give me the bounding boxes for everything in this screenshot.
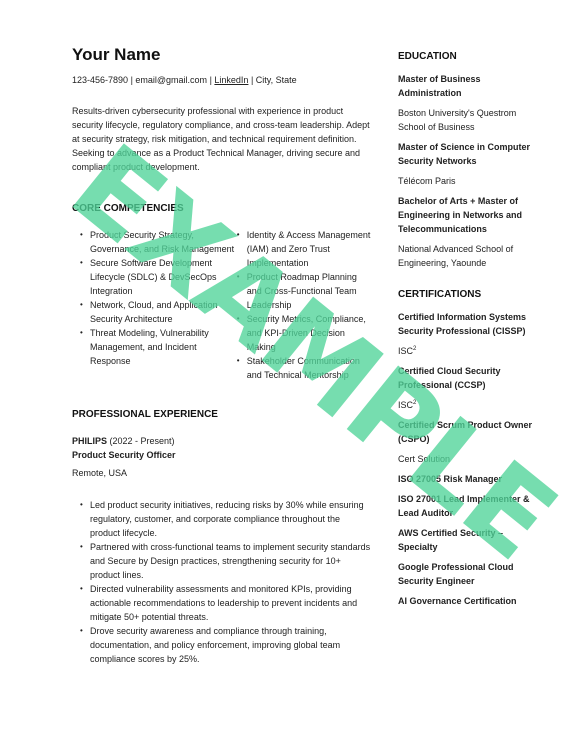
- certification-name: Certified Information Systems Security P…: [398, 310, 538, 338]
- competency-item: Secure Software Development Lifecycle (S…: [80, 256, 237, 298]
- education-school: National Advanced School of Engineering,…: [398, 242, 538, 270]
- issuer-name: ISC: [398, 400, 413, 410]
- job-company: PHILIPS: [72, 436, 107, 446]
- job-entry: PHILIPS (2022 - Present) Product Securit…: [72, 434, 374, 480]
- experience-heading: PROFESSIONAL EXPERIENCE: [72, 408, 374, 422]
- competencies-column-2: Identity & Access Management (IAM) and Z…: [237, 228, 374, 382]
- certification-name: Certified Scrum Product Owner (CSPO): [398, 418, 538, 446]
- job-title: Product Security Officer: [72, 448, 374, 462]
- competency-item: Network, Cloud, and Application Security…: [80, 298, 237, 326]
- left-column: Your Name 123-456-7890 | email@gmail.com…: [72, 44, 374, 666]
- education-school: Boston University's Questrom School of B…: [398, 106, 538, 134]
- certification-issuer: ISC2: [398, 398, 538, 412]
- certifications-heading: CERTIFICATIONS: [398, 288, 538, 302]
- core-competencies-grid: Product Security Strategy, Governance, a…: [72, 228, 374, 382]
- core-competencies-heading: CORE COMPETENCIES: [72, 202, 374, 216]
- separator: |: [248, 75, 255, 85]
- job-bullets: Led product security initiatives, reduci…: [80, 498, 372, 666]
- certification-name: AI Governance Certification: [398, 594, 538, 608]
- certification-name: Certified Cloud Security Professional (C…: [398, 364, 538, 392]
- certification-issuer: Cert Solution: [398, 452, 538, 466]
- issuer-superscript: 2: [413, 346, 416, 352]
- email[interactable]: email@gmail.com: [135, 75, 207, 85]
- education-degree: Bachelor of Arts + Master of Engineering…: [398, 194, 538, 236]
- location: City, State: [256, 75, 297, 85]
- certifications-list: Certified Information Systems Security P…: [398, 310, 538, 608]
- competency-item: Product Security Strategy, Governance, a…: [80, 228, 237, 256]
- contact-line: 123-456-7890 | email@gmail.com | LinkedI…: [72, 74, 374, 86]
- certification-name: AWS Certified Security – Specialty: [398, 526, 538, 554]
- education-degree: Master of Business Administration: [398, 72, 538, 100]
- education-list: Master of Business Administration Boston…: [398, 72, 538, 270]
- education-heading: EDUCATION: [398, 50, 538, 64]
- competency-item: Stakeholder Communication and Technical …: [237, 354, 374, 382]
- competencies-column-1: Product Security Strategy, Governance, a…: [72, 228, 237, 382]
- candidate-name: Your Name: [72, 44, 374, 66]
- certification-issuer: ISC2: [398, 344, 538, 358]
- issuer-superscript: 2: [413, 400, 416, 406]
- resume-page: Your Name 123-456-7890 | email@gmail.com…: [0, 0, 572, 740]
- competency-item: Product Roadmap Planning and Cross-Funct…: [237, 270, 374, 312]
- certification-name: ISO 27001 Lead Implementer & Lead Audito…: [398, 492, 538, 520]
- job-bullet: Led product security initiatives, reduci…: [80, 498, 372, 540]
- job-location: Remote, USA: [72, 466, 374, 480]
- job-bullet: Drove security awareness and compliance …: [80, 624, 372, 666]
- competency-item: Security Metrics, Compliance, and KPI-Dr…: [237, 312, 374, 354]
- education-school: Télécom Paris: [398, 174, 538, 188]
- phone: 123-456-7890: [72, 75, 128, 85]
- professional-summary: Results-driven cybersecurity professiona…: [72, 104, 374, 174]
- job-bullet: Partnered with cross-functional teams to…: [80, 540, 372, 582]
- job-dates: (2022 - Present): [107, 436, 175, 446]
- job-bullet: Directed vulnerability assessments and m…: [80, 582, 372, 624]
- competency-item: Identity & Access Management (IAM) and Z…: [237, 228, 374, 270]
- job-company-line: PHILIPS (2022 - Present): [72, 434, 374, 448]
- certification-name: Google Professional Cloud Security Engin…: [398, 560, 538, 588]
- linkedin-link[interactable]: LinkedIn: [214, 75, 248, 85]
- education-degree: Master of Science in Computer Security N…: [398, 140, 538, 168]
- competency-item: Threat Modeling, Vulnerability Managemen…: [80, 326, 237, 368]
- certification-name: ISO 27005 Risk Manager: [398, 472, 538, 486]
- issuer-name: ISC: [398, 346, 413, 356]
- right-column: EDUCATION Master of Business Administrat…: [398, 50, 538, 614]
